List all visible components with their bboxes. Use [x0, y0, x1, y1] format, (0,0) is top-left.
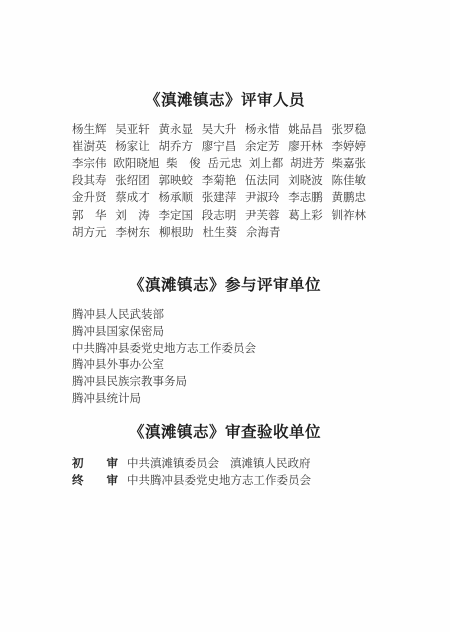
- reviewer-name: 李定国: [159, 207, 194, 223]
- reviewer-name: 岳元忠: [207, 155, 242, 171]
- acceptance-unit: 滇滩镇人民政府: [230, 455, 311, 471]
- reviewer-name: 刘 涛: [115, 207, 150, 223]
- participant-unit: 腾冲县外事办公室: [72, 356, 256, 373]
- participant-unit: 腾冲县民族宗教事务局: [72, 373, 256, 390]
- reviewer-name: 尹淑玲: [245, 189, 280, 205]
- reviewer-name: 廖宁昌: [202, 138, 237, 154]
- reviewer-row: 崔澍英 杨家让 胡乔方 廖宁昌 余定芳 廖开林 李婷婷: [72, 137, 366, 154]
- acceptance-row-first-review: 初 审 中共滇滩镇委员会 滇滩镇人民政府: [72, 454, 311, 472]
- reviewer-name: 柴 俊: [166, 155, 201, 171]
- reviewer-name: 胡乔方: [159, 138, 194, 154]
- reviewer-name: 廖开林: [288, 138, 323, 154]
- reviewer-name: 李宗伟: [72, 155, 107, 171]
- reviewer-name: 李志鹏: [288, 189, 323, 205]
- reviewer-name: 张绍团: [115, 172, 150, 188]
- acceptance-row-final-review: 终 审 中共腾冲县委党史地方志工作委员会: [72, 472, 311, 490]
- first-review-label: 初 审: [72, 455, 118, 471]
- reviewer-row: 郭 华 刘 涛 李定国 段志明 尹芙蓉 葛上彩 钏祚林: [72, 206, 366, 223]
- reviewer-name: 胡进芳: [290, 155, 325, 171]
- participant-unit: 腾冲县人民武装部: [72, 306, 256, 323]
- reviewer-name: 张建萍: [202, 189, 237, 205]
- reviewer-row: 金升贤 蔡成才 杨承顺 张建萍 尹淑玲 李志鹏 黄鹏忠: [72, 189, 366, 206]
- reviewer-name: 郭映蛟: [159, 172, 194, 188]
- reviewer-name: 欧阳晓旭: [113, 155, 159, 171]
- reviewer-name: 李树东: [116, 224, 151, 240]
- reviewer-name: 崔澍英: [72, 138, 107, 154]
- reviewer-name: 杨承顺: [159, 189, 194, 205]
- reviewer-row: 段其寿 张绍团 郭映蛟 李菊艳 伍法同 刘晓波 陈佳敏: [72, 172, 366, 189]
- reviewer-name: 张罗稳: [332, 121, 367, 137]
- document-page: 《滇滩镇志》评审人员 杨生辉 吴亚轩 黄永显 吴大升 杨永惜 姚品昌 张罗稳 崔…: [0, 0, 450, 632]
- reviewer-name: 郭 华: [72, 207, 107, 223]
- acceptance-unit: 中共滇滩镇委员会: [127, 455, 219, 471]
- participants-list: 腾冲县人民武装部 腾冲县国家保密局 中共腾冲县委党史地方志工作委员会 腾冲县外事…: [72, 306, 256, 406]
- reviewer-name: 杜生葵: [203, 224, 238, 240]
- reviewer-name: 黄永显: [159, 121, 194, 137]
- reviewer-name: 杨永惜: [245, 121, 280, 137]
- reviewer-name: 伍法同: [245, 172, 280, 188]
- reviewer-name: 余定芳: [245, 138, 280, 154]
- reviewer-name: 黄鹏忠: [332, 189, 367, 205]
- reviewer-name: 钏祚林: [332, 207, 367, 223]
- reviewers-title: 《滇滩镇志》评审人员: [0, 88, 450, 110]
- reviewer-name: 金升贤: [72, 189, 107, 205]
- reviewer-name: 胡方元: [72, 224, 107, 240]
- reviewer-name: 尹芙蓉: [245, 207, 280, 223]
- participant-unit: 腾冲县国家保密局: [72, 323, 256, 340]
- participant-unit: 腾冲县统计局: [72, 389, 256, 406]
- reviewers-list: 杨生辉 吴亚轩 黄永显 吴大升 杨永惜 姚品昌 张罗稳 崔澍英 杨家让 胡乔方 …: [72, 120, 366, 240]
- reviewer-name: 陈佳敏: [332, 172, 367, 188]
- reviewer-name: 段志明: [202, 207, 237, 223]
- participants-title: 《滇滩镇志》参与评审单位: [0, 273, 450, 295]
- reviewer-row: 胡方元 李树东 柳根助 杜生葵 佘海青: [72, 223, 366, 240]
- reviewer-name: 柳根助: [159, 224, 194, 240]
- reviewer-row: 杨生辉 吴亚轩 黄永显 吴大升 杨永惜 姚品昌 张罗稳: [72, 120, 366, 137]
- reviewer-name: 吴亚轩: [115, 121, 150, 137]
- participant-unit: 中共腾冲县委党史地方志工作委员会: [72, 339, 256, 356]
- reviewer-name: 杨生辉: [72, 121, 107, 137]
- reviewer-name: 蔡成才: [115, 189, 150, 205]
- reviewer-name: 葛上彩: [288, 207, 323, 223]
- reviewer-name: 段其寿: [72, 172, 107, 188]
- reviewer-row: 李宗伟 欧阳晓旭 柴 俊 岳元忠 刘上都 胡进芳 柴嘉张: [72, 154, 366, 171]
- reviewer-name: 李婷婷: [332, 138, 367, 154]
- reviewer-name: 吴大升: [202, 121, 237, 137]
- reviewer-name: 刘上都: [249, 155, 284, 171]
- reviewer-name: 李菊艳: [202, 172, 237, 188]
- reviewer-name: 佘海青: [246, 224, 281, 240]
- acceptance-list: 初 审 中共滇滩镇委员会 滇滩镇人民政府 终 审 中共腾冲县委党史地方志工作委员…: [72, 454, 311, 489]
- acceptance-unit: 中共腾冲县委党史地方志工作委员会: [127, 472, 311, 488]
- reviewer-name: 刘晓波: [288, 172, 323, 188]
- reviewer-name: 姚品昌: [288, 121, 323, 137]
- final-review-label: 终 审: [72, 472, 118, 488]
- reviewer-name: 杨家让: [115, 138, 150, 154]
- reviewer-name: 柴嘉张: [331, 155, 366, 171]
- acceptance-title: 《滇滩镇志》审查验收单位: [0, 420, 450, 442]
